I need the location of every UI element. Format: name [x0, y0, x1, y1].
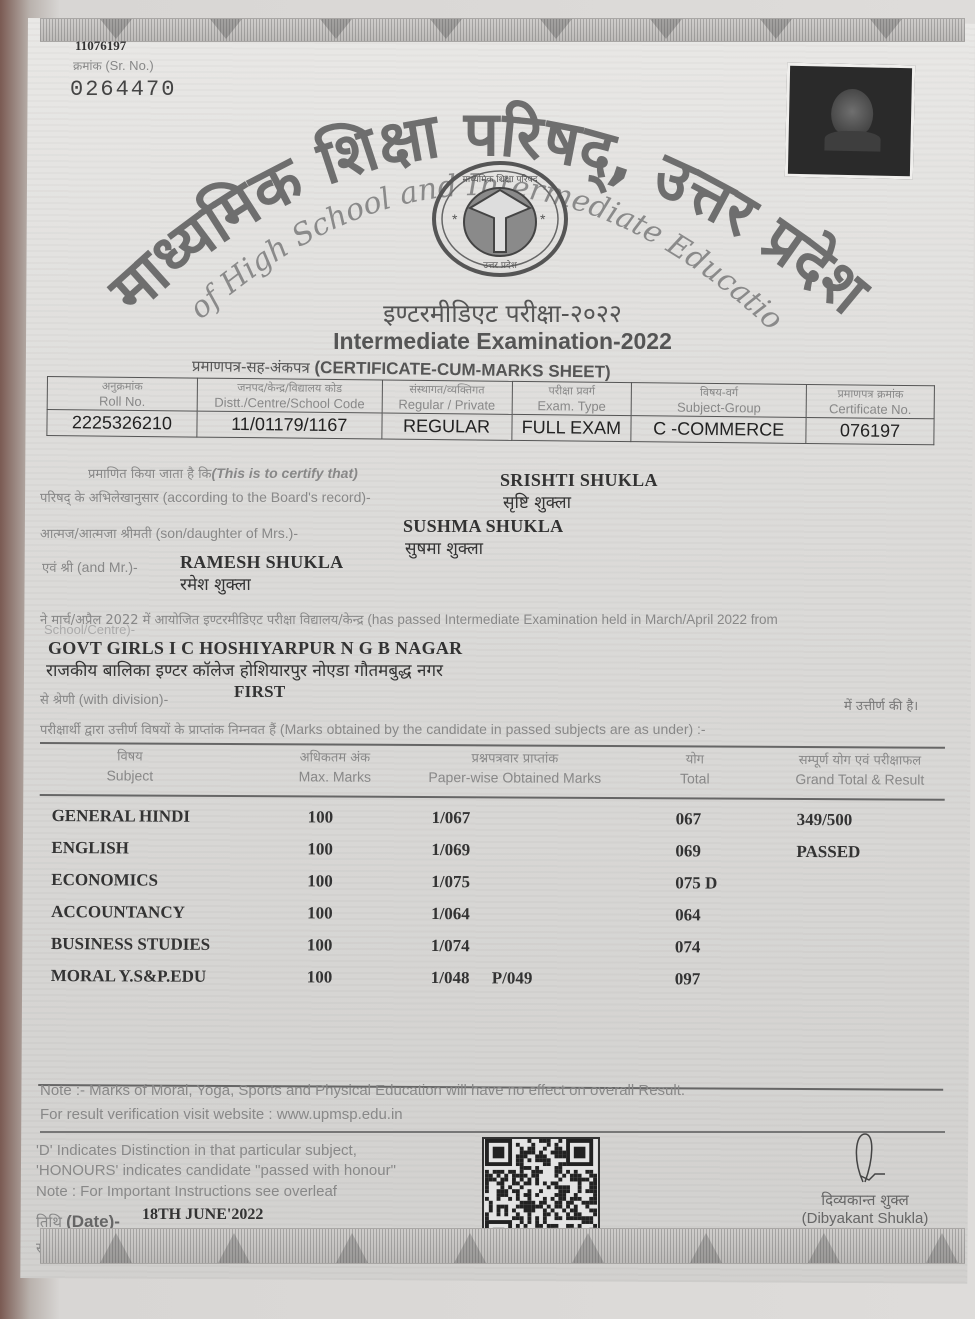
marks-row: BUSINESS STUDIES1001/074074: [39, 928, 944, 965]
division-value: FIRST: [234, 682, 286, 702]
marks-cell-grand: 349/500: [797, 810, 853, 830]
marks-cell-total: 097: [675, 969, 701, 989]
marks-cell-max: 100: [307, 871, 333, 891]
info-header-cell: संस्थागत/व्यक्तिगतRegular / Private: [382, 380, 512, 414]
marks-cell-max: 100: [308, 807, 334, 827]
marks-cell-subject: ACCOUNTANCY: [51, 902, 185, 923]
svg-text:उत्तर प्रदेश: उत्तर प्रदेश: [483, 259, 518, 271]
marks-cell-total: 075 D: [675, 873, 717, 893]
marks-column-header: अधिकतम अंकMax. Marks: [280, 749, 390, 786]
marks-column-header: विषयSubject: [70, 748, 190, 785]
marks-cell-subject: ENGLISH: [51, 838, 129, 858]
exam-title-english: Intermediate Examination-2022: [0, 328, 975, 355]
marks-cell-grand: PASSED: [796, 842, 860, 862]
marks-row: MORAL Y.S&P.EDU1001/048P/049097: [39, 960, 944, 997]
pattern-shape: [320, 19, 352, 39]
marks-cell-paper1: 1/069: [431, 840, 470, 860]
father-name: RAMESH SHUKLA: [180, 552, 343, 573]
info-value-cell: C -COMMERCE: [631, 416, 806, 444]
pattern-shape: [572, 1233, 604, 1263]
instructions-note: Note : For Important Instructions see ov…: [36, 1183, 337, 1200]
issue-date: 18TH JUNE'2022: [142, 1206, 263, 1224]
division-label: से श्रेणी (with division)-: [40, 690, 168, 708]
marks-row: ECONOMICS1001/075075 D: [39, 864, 944, 901]
info-value-cell: 076197: [806, 417, 934, 444]
marks-cell-paper1: 1/075: [431, 872, 470, 892]
marks-cell-paper1: 1/067: [432, 808, 471, 828]
marks-row: ENGLISH1001/069069PASSED: [39, 832, 944, 869]
father-label: एवं श्री (and Mr.)-: [42, 558, 138, 576]
marks-table: विषयSubjectअधिकतम अंकMax. Marksप्रश्नपत्…: [38, 742, 945, 1091]
marks-cell-paper1: 1/074: [431, 936, 470, 956]
info-value-cell: FULL EXAM: [511, 414, 631, 441]
info-value-cell: 11/01179/1167: [197, 411, 382, 439]
marks-cell-total: 064: [675, 905, 701, 925]
passed-suffix: में उत्तीर्ण की है।: [844, 696, 918, 714]
board-record-line: परिषद् के अभिलेखानुसार (according to the…: [40, 488, 371, 506]
marks-table-header: विषयSubjectअधिकतम अंकMax. Marksप्रश्नपत्…: [40, 742, 945, 801]
info-value-cell: 2225326210: [47, 410, 197, 438]
signature-icon: [835, 1130, 895, 1190]
pattern-shape: [454, 1233, 486, 1263]
marks-cell-max: 100: [307, 839, 333, 859]
svg-text:माध्यमिक शिक्षा परिषद: माध्यमिक शिक्षा परिषद: [462, 173, 537, 185]
marks-cell-paper2: P/049: [492, 968, 533, 988]
exam-title-hindi: इण्टरमीडिएट परीक्षा-२०२२: [0, 296, 975, 330]
marks-row: GENERAL HINDI1001/067067349/500: [40, 800, 945, 837]
pattern-shape: [210, 19, 242, 39]
verification-note: For result verification visit website : …: [40, 1106, 403, 1123]
marks-cell-total: 067: [676, 809, 702, 829]
marks-cell-max: 100: [307, 903, 333, 923]
pattern-shape: [100, 1233, 132, 1263]
bottom-border-pattern: [40, 1228, 965, 1264]
school-name-hindi: राजकीय बालिका इण्टर कॉलेज होशियारपुर नोए…: [46, 658, 443, 681]
marks-cell-paper1: 1/064: [431, 904, 470, 924]
marks-cell-subject: MORAL Y.S&P.EDU: [51, 966, 206, 987]
pattern-shape: [808, 1233, 840, 1263]
info-header-cell: प्रमाणपत्र क्रमांकCertificate No.: [806, 384, 934, 418]
pattern-shape: [540, 19, 572, 39]
pattern-shape: [926, 1233, 958, 1263]
honours-note: 'HONOURS' indicates candidate "passed wi…: [36, 1162, 396, 1179]
info-header-cell: परीक्षा प्रवर्गExam. Type: [512, 381, 632, 415]
passed-line: ने मार्च/अप्रैल 2022 में आयोजित इण्टरमीड…: [40, 610, 778, 628]
note-moral-marks: Note :- Marks of Moral, Yoga, Sports and…: [40, 1082, 685, 1099]
marks-row: ACCOUNTANCY1001/064064: [39, 896, 944, 933]
top-border-pattern: [40, 18, 965, 42]
candidate-name-hindi: सृष्टि शुक्ला: [503, 490, 571, 513]
signatory-name-hindi: दिव्यकान्त शुक्ल: [790, 1190, 940, 1210]
pattern-shape: [218, 1233, 250, 1263]
pattern-shape: [760, 19, 792, 39]
candidate-info-table: अनुक्रमांकRoll No.जनपद/केन्द्र/विद्यालय …: [46, 376, 935, 445]
pattern-shape: [100, 19, 132, 39]
marks-cell-subject: BUSINESS STUDIES: [51, 934, 210, 955]
info-header-cell: विषय-वर्गSubject-Group: [631, 383, 806, 418]
info-header-cell: अनुक्रमांकRoll No.: [47, 377, 197, 412]
certify-line: प्रमाणित किया जाता है कि(This is to cert…: [88, 464, 358, 482]
marks-cell-subject: GENERAL HINDI: [52, 806, 190, 827]
candidate-name: SRISHTI SHUKLA: [500, 470, 658, 491]
up-board-emblem-icon: * * माध्यमिक शिक्षा परिषद उत्तर प्रदेश: [430, 160, 570, 278]
marks-cell-paper1: 1/048: [431, 968, 470, 988]
mother-label: आत्मज/आत्मजा श्रीमती (son/daughter of Mr…: [40, 524, 298, 542]
pattern-shape: [690, 1233, 722, 1263]
pattern-shape: [430, 19, 462, 39]
marks-cell-max: 100: [307, 935, 333, 955]
school-label: School/Centre)-: [44, 622, 135, 637]
marks-column-header: प्रश्नपत्रवार प्राप्तांकPaper-wise Obtai…: [425, 750, 605, 787]
father-name-hindi: रमेश शुक्ला: [180, 572, 251, 595]
marks-cell-max: 100: [307, 967, 333, 987]
marks-cell-total: 069: [675, 841, 701, 861]
marks-column-header: योगTotal: [665, 751, 725, 787]
info-value-cell: REGULAR: [382, 413, 512, 440]
marks-column-header: सम्पूर्ण योग एवं परीक्षाफलGrand Total & …: [770, 752, 950, 789]
marks-table-body: GENERAL HINDI1001/067067349/500ENGLISH10…: [38, 796, 945, 1091]
pattern-shape: [650, 19, 682, 39]
marks-cell-subject: ECONOMICS: [51, 870, 158, 891]
svg-text:*: *: [452, 211, 458, 227]
signatory-name: (Dibyakant Shukla): [790, 1210, 940, 1227]
pattern-shape: [870, 19, 902, 39]
school-name: GOVT GIRLS I C HOSHIYARPUR N G B NAGAR: [48, 638, 462, 659]
marks-cell-total: 074: [675, 937, 701, 957]
distinction-note: 'D' Indicates Distinction in that partic…: [36, 1142, 357, 1159]
marks-intro: परीक्षार्थी द्वारा उत्तीर्ण विषयों के प्…: [40, 720, 706, 738]
mother-name-hindi: सुषमा शुक्ला: [405, 536, 483, 559]
pattern-shape: [336, 1233, 368, 1263]
info-header-cell: जनपद/केन्द्र/विद्यालय कोडDistt./Centre/S…: [197, 378, 382, 413]
mother-name: SUSHMA SHUKLA: [403, 516, 563, 537]
svg-text:*: *: [540, 211, 546, 227]
